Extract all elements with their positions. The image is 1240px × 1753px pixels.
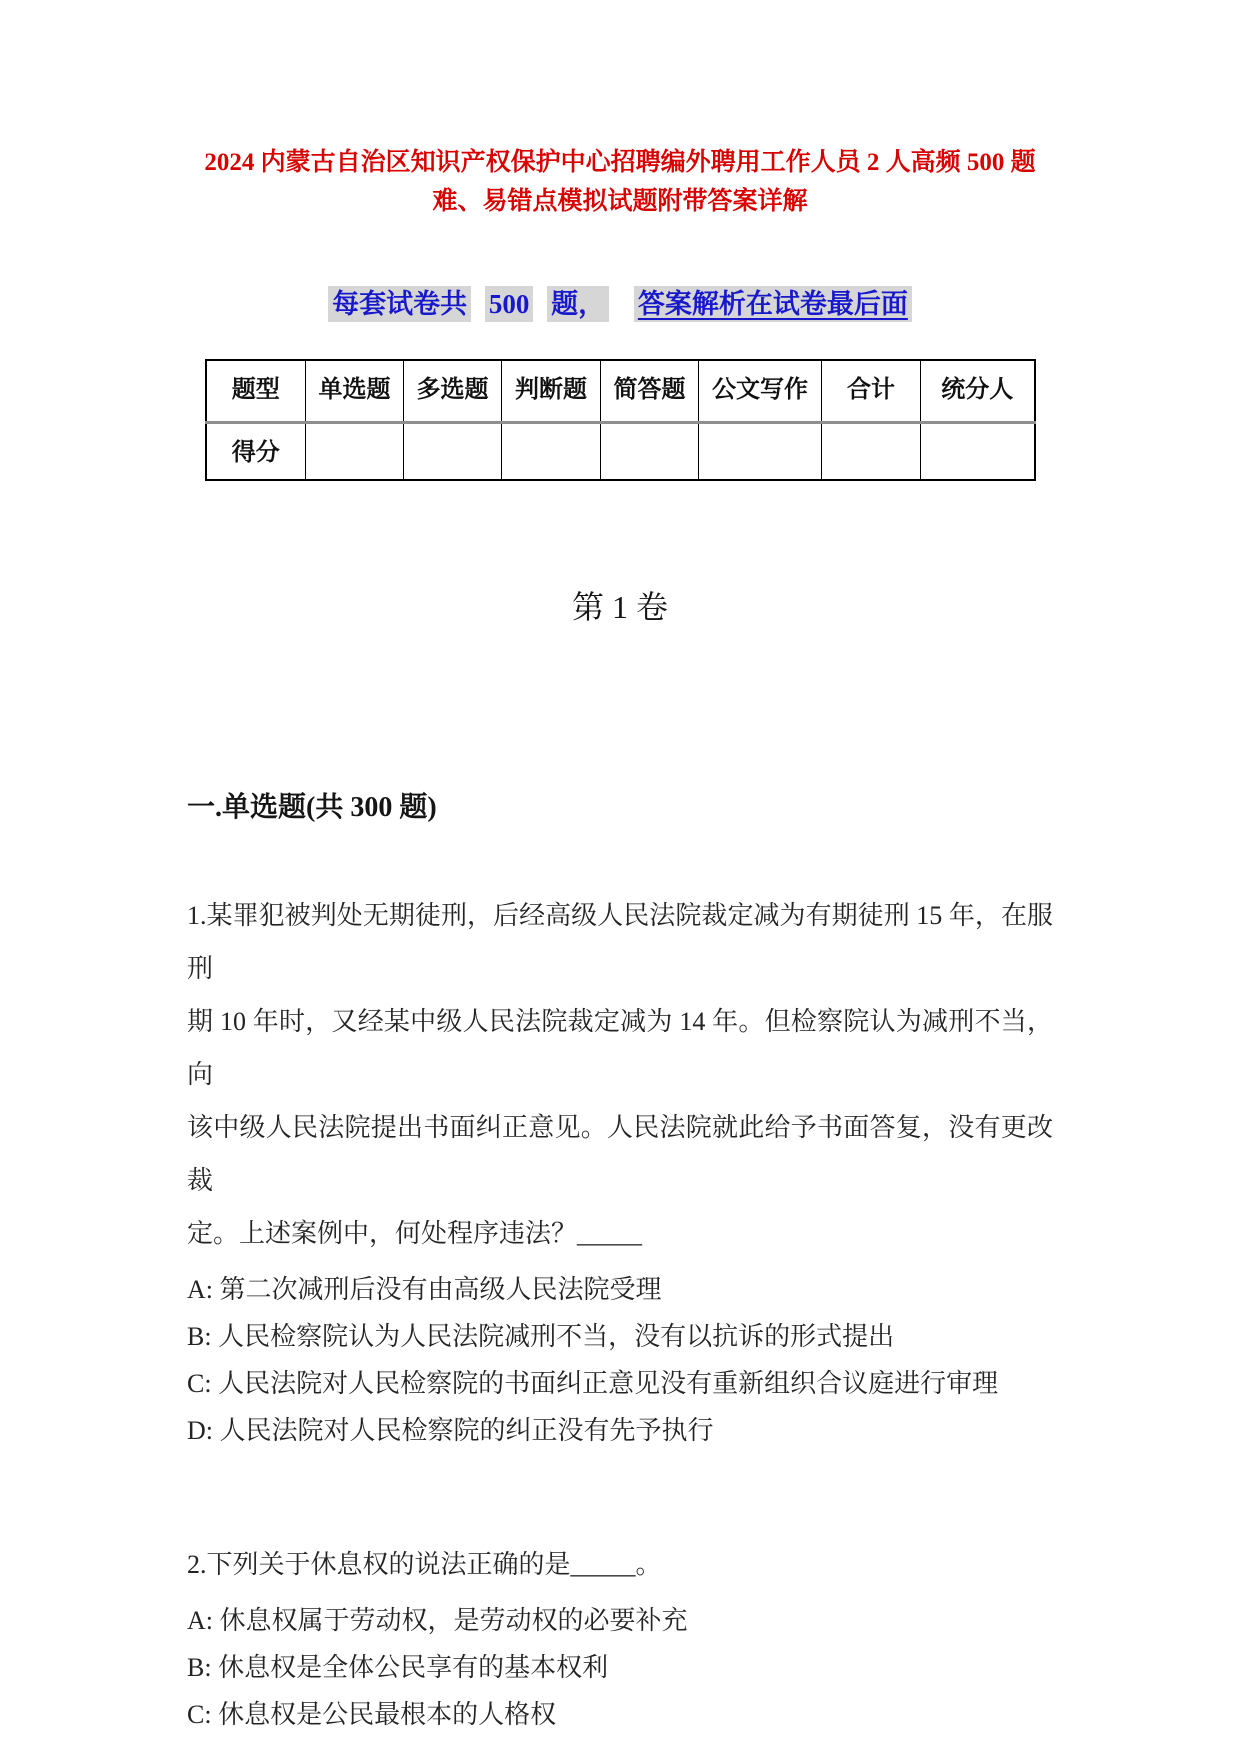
score-table-score-row: 得分: [206, 423, 1035, 481]
question-1-line-3: 该中级人民法院提出书面纠正意见。人民法院就此给予书面答复，没有更改裁: [187, 1101, 1053, 1207]
notice-question-count: 500: [485, 286, 534, 322]
score-table-header-single-choice: 单选题: [306, 360, 404, 423]
score-cell: [822, 423, 921, 481]
question-2-option-b: B: 休息权是全体公民享有的基本权利: [187, 1644, 1053, 1691]
score-table: 题型 单选题 多选题 判断题 简答题 公文写作 合计 统分人 得分: [205, 359, 1036, 481]
question-1-option-a: A: 第二次减刑后没有由高级人民法院受理: [187, 1266, 1053, 1313]
score-table-header-row: 题型 单选题 多选题 判断题 简答题 公文写作 合计 统分人: [206, 360, 1035, 423]
question-1-option-c: C: 人民法院对人民检察院的书面纠正意见没有重新组织合议庭进行审理: [187, 1360, 1053, 1407]
question-2-stem: 2.下列关于休息权的说法正确的是_____。: [187, 1538, 1053, 1591]
score-table-header-scorer: 统分人: [921, 360, 1035, 423]
question-1: 1.某罪犯被判处无期徒刑，后经高级人民法院裁定减为有期徒刑 15 年，在服刑 期…: [187, 889, 1053, 1454]
answer-location-link[interactable]: 答案解析在试卷最后面: [634, 286, 912, 322]
score-cell: [699, 423, 822, 481]
score-cell: [601, 423, 699, 481]
page-title: 2024 内蒙古自治区知识产权保护中心招聘编外聘用工作人员 2 人高频 500 …: [0, 0, 1240, 221]
volume-title: 第 1 卷: [0, 587, 1240, 627]
notice-middle: 题，: [547, 286, 609, 322]
document-page: 2024 内蒙古自治区知识产权保护中心招聘编外聘用工作人员 2 人高频 500 …: [0, 0, 1240, 1753]
section-title: 一.单选题(共 300 题): [187, 788, 1240, 828]
question-1-line-2: 期 10 年时，又经某中级人民法院裁定减为 14 年。但检察院认为减刑不当，向: [187, 995, 1053, 1101]
page-title-line-1: 2024 内蒙古自治区知识产权保护中心招聘编外聘用工作人员 2 人高频 500 …: [0, 143, 1240, 182]
question-1-line-1: 1.某罪犯被判处无期徒刑，后经高级人民法院裁定减为有期徒刑 15 年，在服刑: [187, 889, 1053, 995]
score-cell: [306, 423, 404, 481]
question-1-option-b: B: 人民检察院认为人民法院减刑不当，没有以抗诉的形式提出: [187, 1313, 1053, 1360]
question-2-option-a: A: 休息权属于劳动权，是劳动权的必要补充: [187, 1597, 1053, 1644]
score-table-header-short-answer: 简答题: [601, 360, 699, 423]
score-table-header-multi-choice: 多选题: [404, 360, 502, 423]
question-1-options: A: 第二次减刑后没有由高级人民法院受理 B: 人民检察院认为人民法院减刑不当，…: [187, 1266, 1053, 1454]
question-2-options: A: 休息权属于劳动权，是劳动权的必要补充 B: 休息权是全体公民享有的基本权利…: [187, 1597, 1053, 1738]
question-1-line-4: 定。上述案例中，何处程序违法？_____: [187, 1207, 1053, 1260]
score-table-header-question-type: 题型: [206, 360, 306, 423]
question-1-option-d: D: 人民法院对人民检察院的纠正没有先予执行: [187, 1407, 1053, 1454]
exam-notice: 每套试卷共 500 题， 答案解析在试卷最后面: [0, 285, 1240, 323]
question-2: 2.下列关于休息权的说法正确的是_____。 A: 休息权属于劳动权，是劳动权的…: [187, 1538, 1053, 1738]
score-row-label: 得分: [206, 423, 306, 481]
score-cell: [921, 423, 1035, 481]
question-2-option-c: C: 休息权是公民最根本的人格权: [187, 1691, 1053, 1738]
score-cell: [502, 423, 601, 481]
page-title-line-2: 难、易错点模拟试题附带答案详解: [0, 182, 1240, 221]
score-cell: [404, 423, 502, 481]
notice-prefix: 每套试卷共: [328, 286, 471, 322]
score-table-header-true-false: 判断题: [502, 360, 601, 423]
score-table-header-official-writing: 公文写作: [699, 360, 822, 423]
score-table-header-total: 合计: [822, 360, 921, 423]
